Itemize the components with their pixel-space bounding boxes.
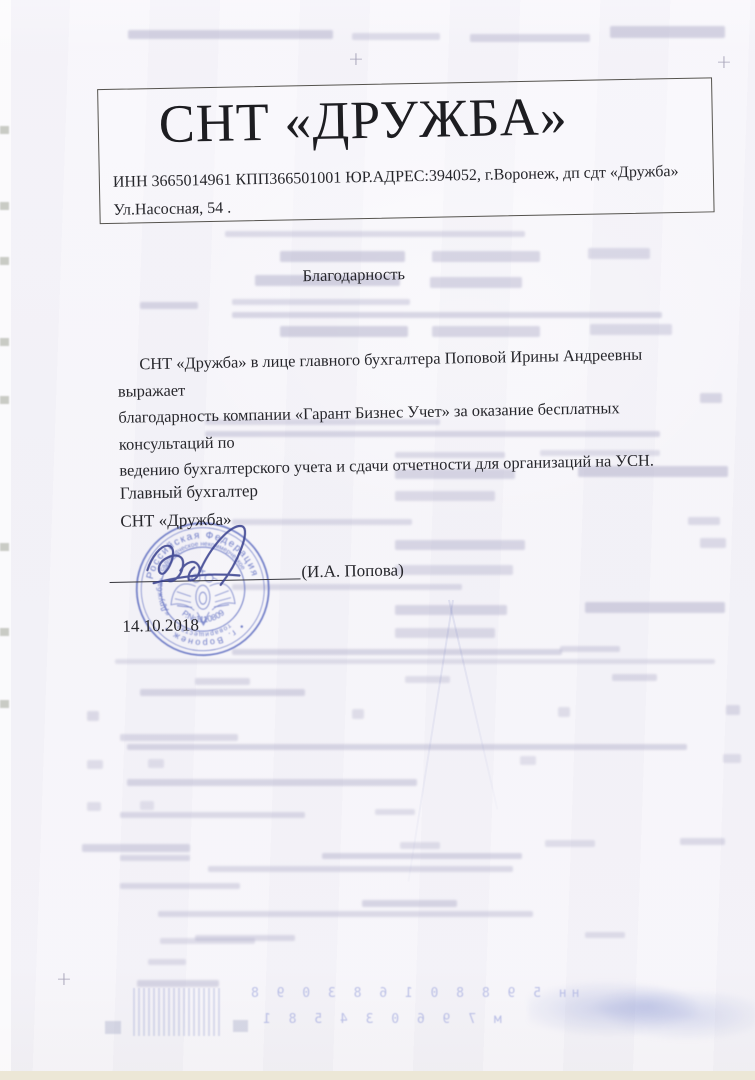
signer-name: (И.А. Попова) <box>301 560 404 582</box>
document-content: СНТ «ДРУЖБА» ИНН 3665014961 КПП366501001… <box>0 0 755 1080</box>
scanner-edge-band <box>0 1071 755 1080</box>
body-paragraph: СНТ «Дружба» в лице главного бухгалтера … <box>117 340 715 484</box>
page-edge-mark <box>0 543 9 551</box>
requisites-line: ИНН 3665014961 КПП366501001 ЮР.АДРЕС:394… <box>113 163 679 192</box>
organization-name: СНТ «ДРУЖБА» <box>98 82 712 156</box>
handwritten-signature <box>140 514 272 601</box>
page-edge-mark <box>0 628 9 636</box>
scanned-document-page: нн 5 9 8 8 0 1 6 8 3 0 9 8м 7 9 6 0 3 4 … <box>0 0 755 1080</box>
page-edge-mark <box>0 700 9 708</box>
signer-position-line1: Главный бухгалтер <box>120 481 258 504</box>
address-line: Ул.Насосная, 54 . <box>113 200 231 220</box>
document-date: 14.10.2018 <box>122 615 199 636</box>
document-title: Благодарность <box>4 259 704 292</box>
letterhead-box: СНТ «ДРУЖБА» ИНН 3665014961 КПП366501001… <box>97 77 714 224</box>
